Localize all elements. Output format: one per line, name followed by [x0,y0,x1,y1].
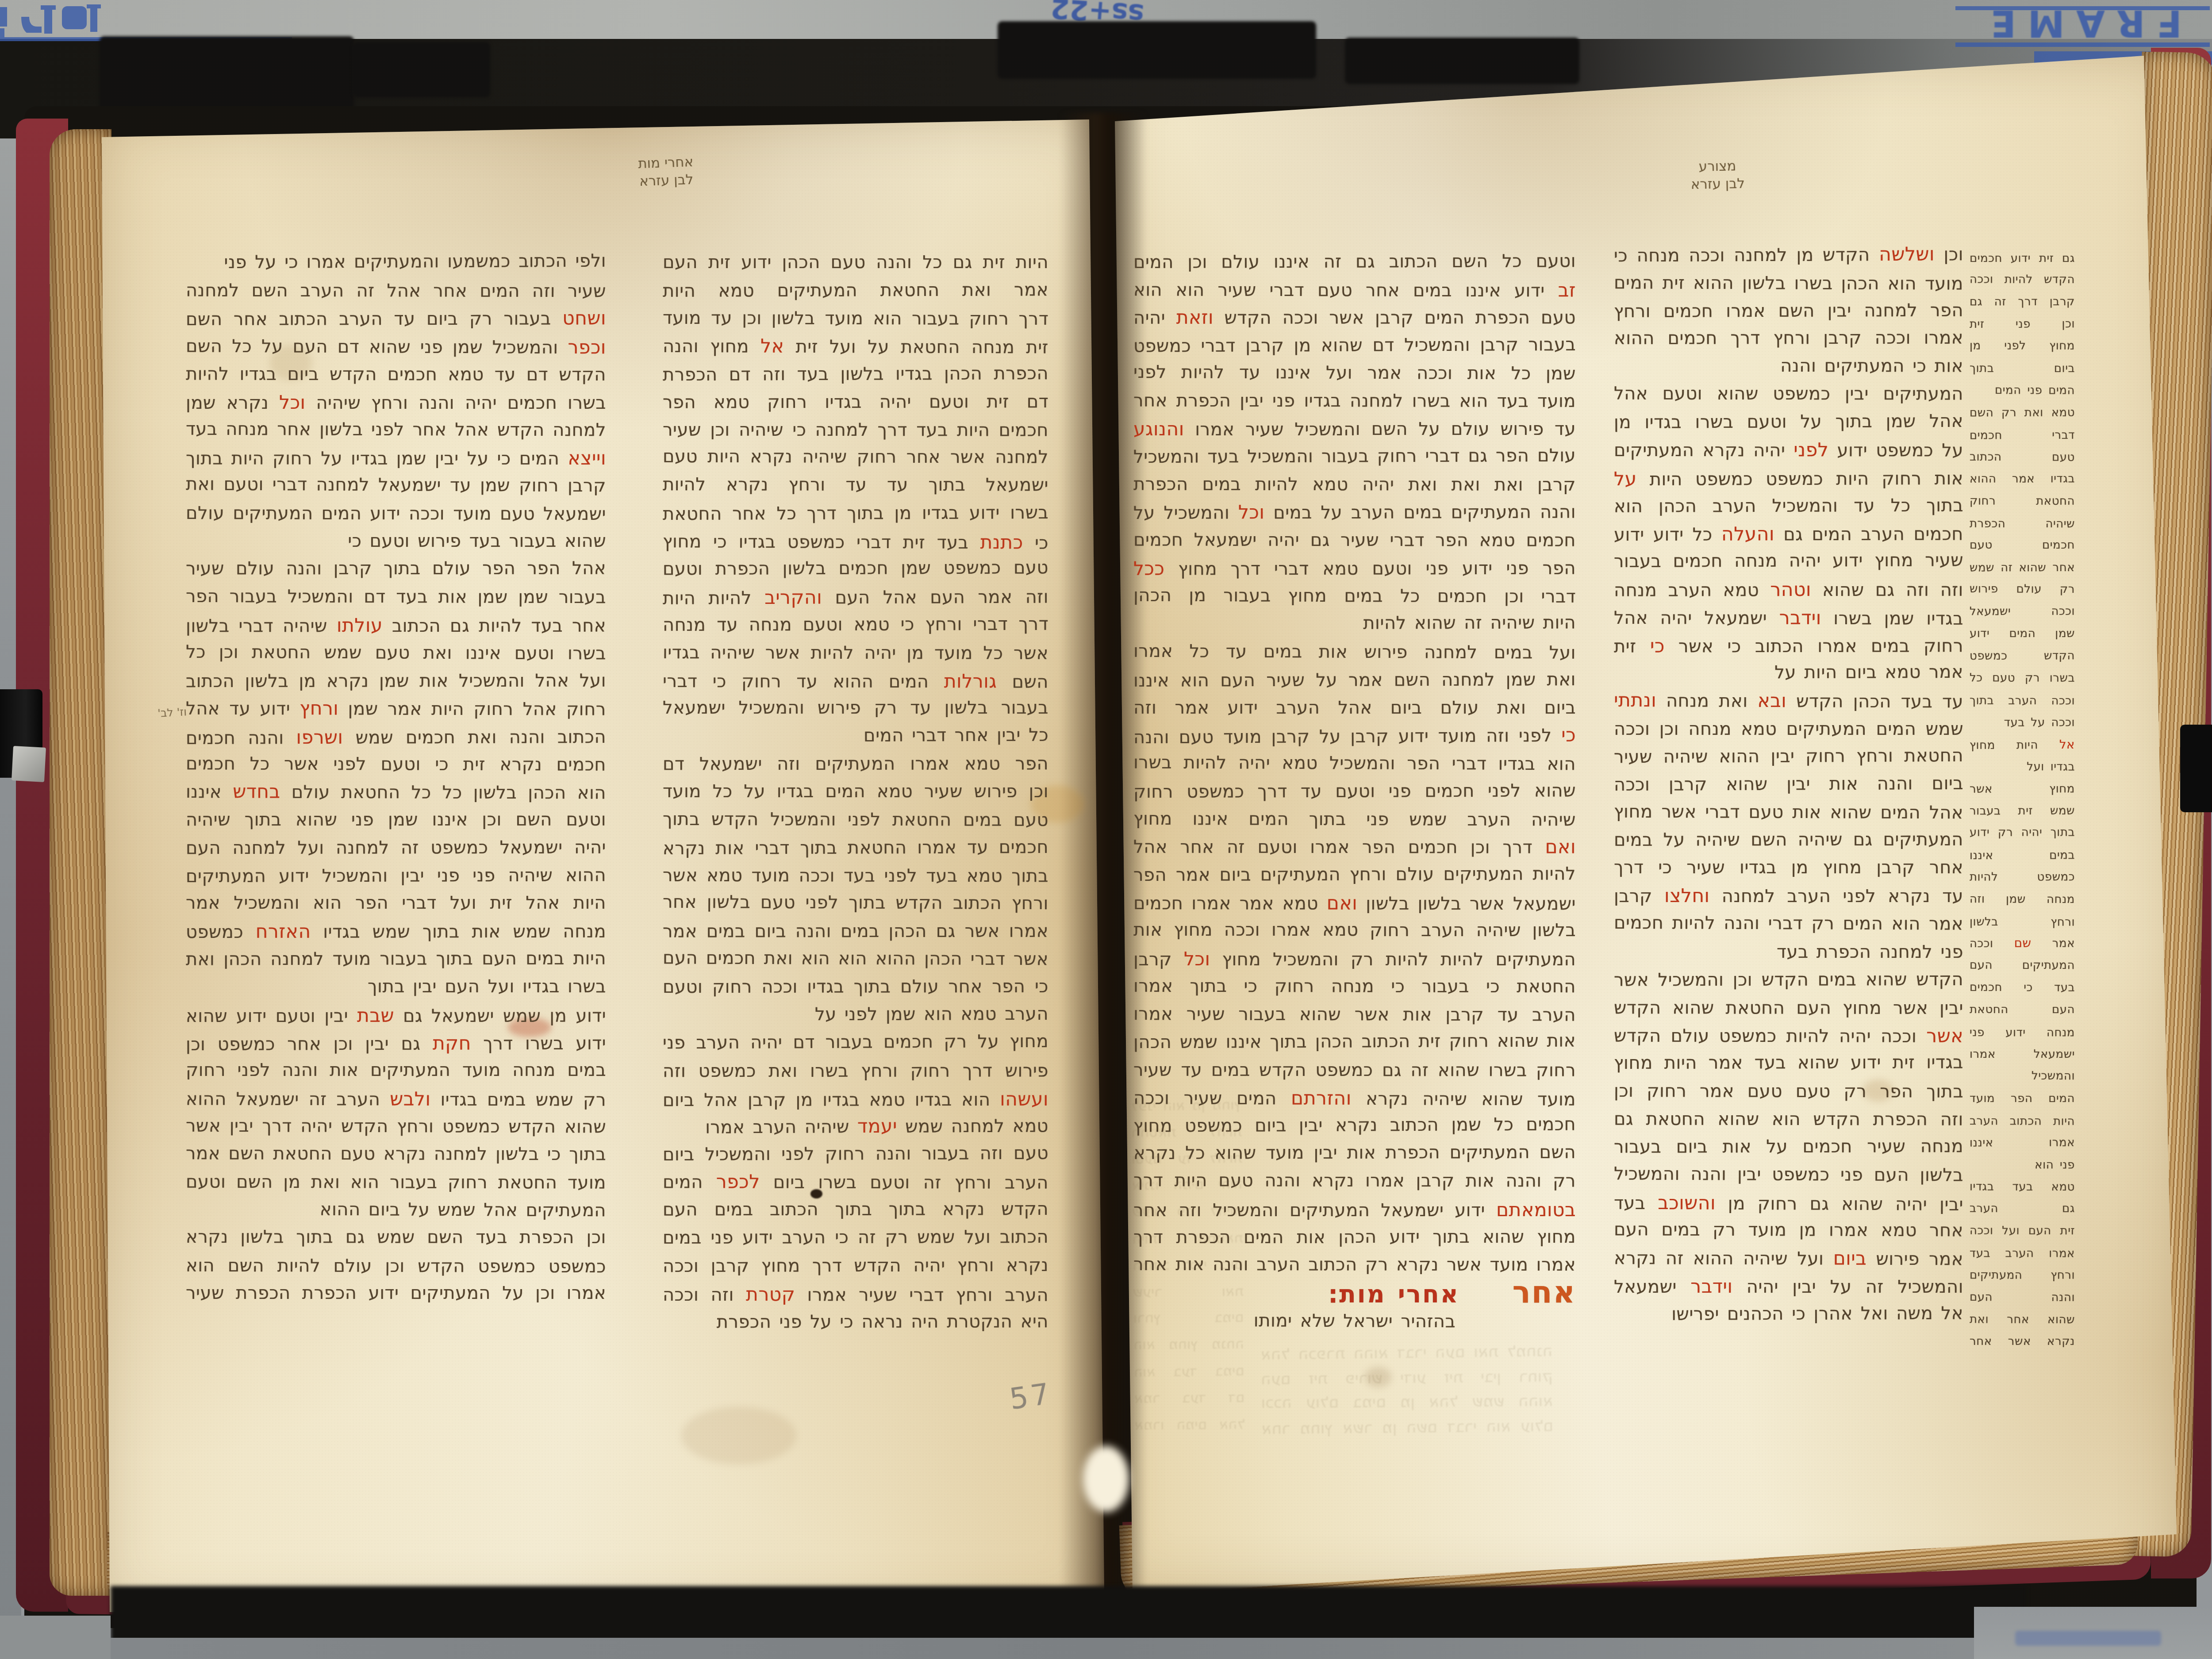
frame-stamp-rule-top [1955,6,2210,10]
red-lemma: חקת [433,1032,471,1054]
red-lemma: כי [1650,635,1665,657]
red-lemma: ושרפו [296,726,343,748]
red-lemma: ועשהו [1000,1088,1048,1110]
red-lemma: זב [1558,279,1576,301]
red-lemma: שם [2014,936,2032,950]
red-lemma: וייצא [568,447,606,469]
running-header-right: מצורע לבן עזרא [1670,157,1765,194]
running-header-left: אחרי מות לבן עזרא [618,152,714,191]
parchment-flaw-light-patch [1083,1446,1129,1512]
red-lemma: ושחט [562,307,606,329]
red-lemma: בחדש [233,780,280,802]
red-lemma: והשוכב [1658,1192,1716,1214]
foam-support-top-left2 [353,42,490,97]
red-lemma: וכל [1238,501,1265,523]
manuscript-photograph: { "frame": { "stamp_text": "FRAME", "she… [0,0,2212,1659]
red-lemma: וכל [1184,948,1210,970]
red-lemma: ושלשה [1879,243,1935,265]
red-lemma: יעמד [857,1115,897,1137]
red-lemma: בטומאתם [1496,1199,1576,1221]
red-lemma: כי [1561,724,1576,746]
red-lemma: לפני [1793,439,1828,461]
red-lemma: וכל [279,392,306,413]
red-lemma: ככל [1133,557,1165,579]
margin-gloss-column: גם זית ידוע חכמיםהקדש להיות וככהקרבן דרך… [1970,247,2075,1353]
red-lemma: עולתו [337,614,383,636]
red-lemma: על [1614,468,1637,490]
bleedthrough-ghost-block: אהל הכפרת ההוא דברי העם ואת למחנה עולםהע… [1260,1339,1553,1441]
red-lemma: ולבש [390,1088,430,1110]
folio-number-pencil: 57 [1007,1377,1054,1417]
section-heading: אחרי מות: [1328,1280,1459,1308]
frame-stamp-rule-bottom [1955,42,2210,47]
red-lemma: ובא [1757,690,1786,711]
red-lemma: לכפר [716,1171,760,1192]
red-lemma: ביום [1833,1248,1867,1269]
red-lemma: אשר [1926,1025,1963,1047]
red-lemma: אל [2059,737,2075,752]
running-header-left-line2: לבן עזרא [618,170,714,191]
red-lemma: ואם [1545,836,1576,858]
red-lemma: שבת [357,1005,394,1026]
stain [681,1407,796,1464]
red-lemma: גורלות [944,670,997,692]
bleedthrough-ghost-column: לפני הוא מן מחוץהחטאת להיות הכפרתוטעם עד… [1131,1092,1245,1439]
red-lemma: קטרת [746,1283,795,1305]
text-column-left-inner: היות זית גם כל והנה טעם הכהן ידוע זית הע… [663,249,1048,1336]
background-bottom-left-corner [0,1616,111,1659]
running-header-right-line2: לבן עזרא [1670,174,1766,194]
text-column-right-outer: וכן ושלשה הקדש מן למחנה וככה מנחה כי בתו… [1614,241,1963,1328]
frame-stamp-bottom-trace [2015,1631,2161,1646]
red-lemma: ונתתי [1614,689,1656,711]
red-lemma: וטהר [1770,579,1811,600]
red-lemma: וידבר [1779,607,1821,629]
page-edges-left [50,129,111,1596]
red-lemma: והקריב [764,586,822,608]
red-lemma: אל [760,335,784,357]
text-column-left-outer: ולפי הכתוב כמשמעו והמעתיקים אמרו כי על פ… [186,249,606,1308]
red-lemma: ורחץ [300,697,338,719]
foam-support-top-center2 [1345,38,1579,84]
red-lemma: והעלה [1721,523,1774,545]
foam-support-top-center [998,21,1316,79]
red-lemma: וכפר [568,336,606,358]
red-lemma: האזרח [256,921,311,942]
red-lemma: והנוגע [1133,418,1184,440]
red-lemma: וזאת [1176,307,1214,328]
foam-support-top-left [100,36,354,114]
running-header-right-line1: מצורע [1670,157,1765,176]
red-lemma: והזרתם [1291,1087,1352,1109]
red-lemma: וידבר [1690,1275,1732,1297]
clasp-right [2180,725,2212,812]
red-lemma: כתנת [980,531,1023,553]
section-opening-word: אחר [1513,1279,1576,1306]
red-lemma: ואם [1327,892,1358,914]
background-bottom-strip [0,1638,2212,1659]
clasp-left-metal-fitting [12,746,46,782]
red-lemma: וחלצו [1664,885,1710,906]
